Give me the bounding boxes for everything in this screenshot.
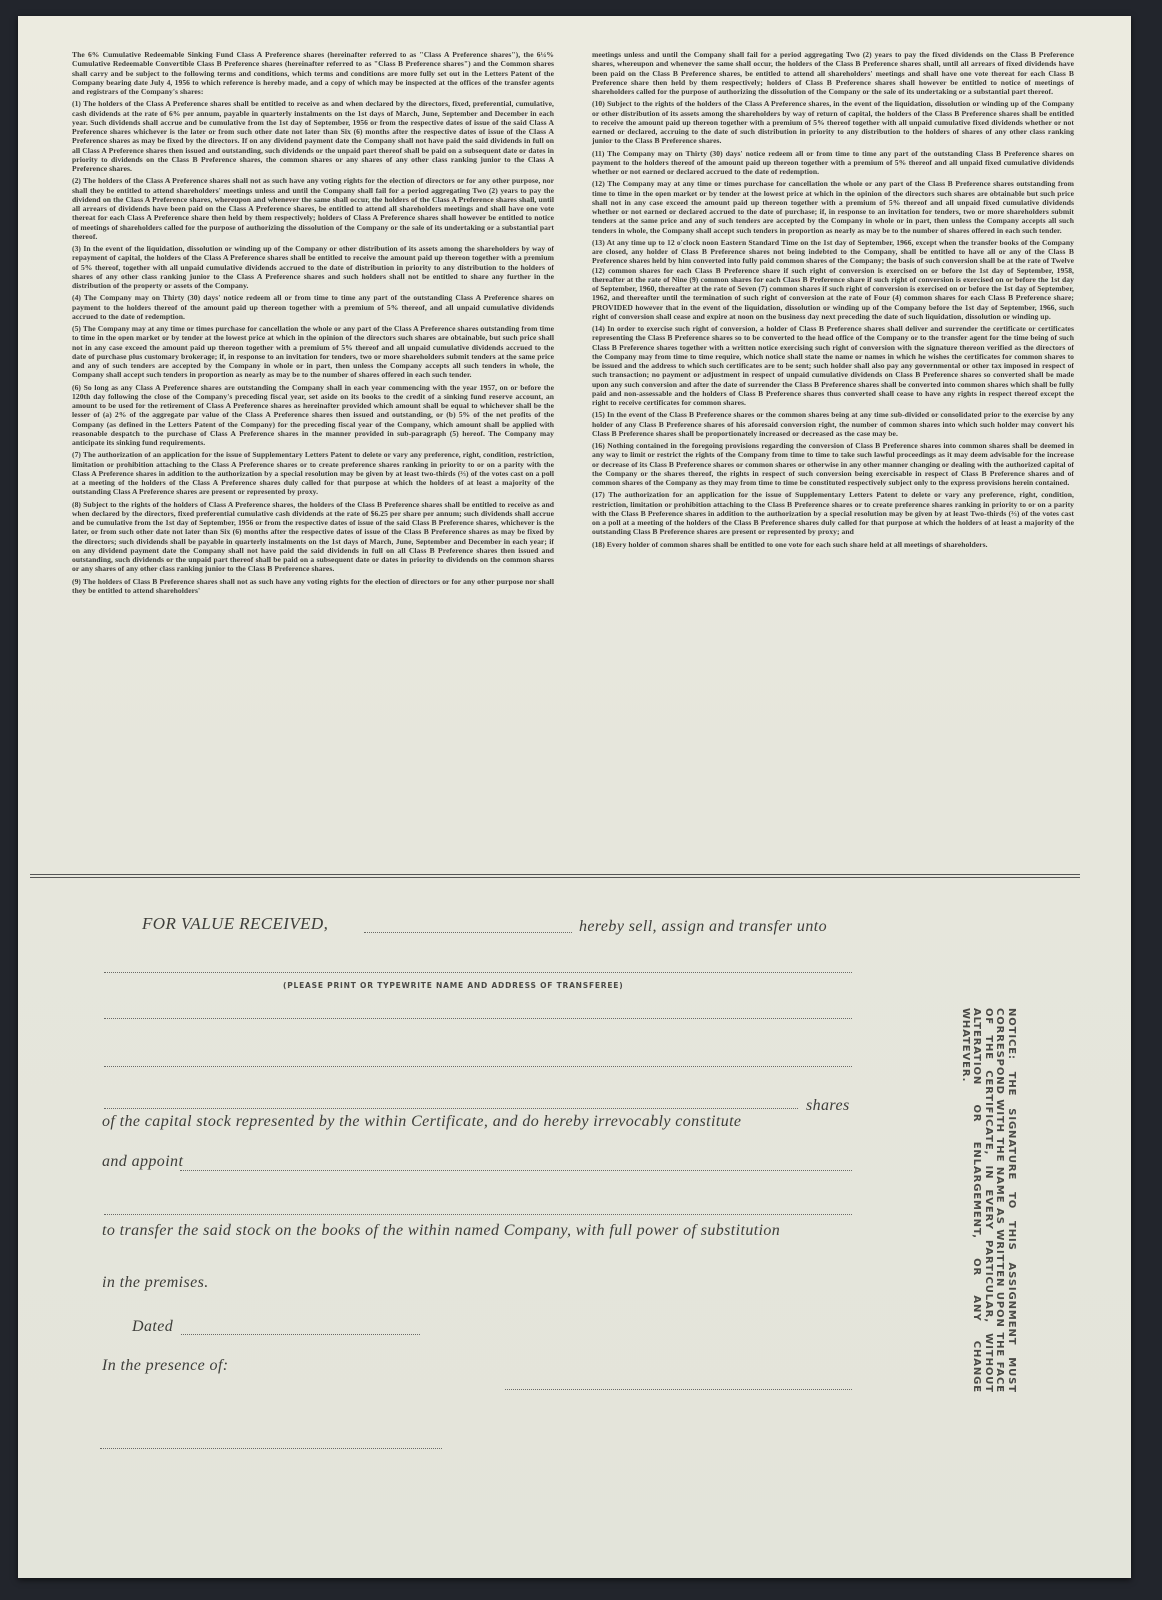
and-appoint-label: and appoint [102, 1153, 183, 1171]
transferee-address-field-2[interactable] [104, 1066, 852, 1067]
attorney-name-field-2[interactable] [104, 1214, 852, 1215]
dated-label: Dated [132, 1318, 173, 1336]
for-value-received-label: FOR VALUE RECEIVED, [142, 914, 328, 934]
premises-text: in the premises. [102, 1274, 209, 1292]
assignor-name-field[interactable] [364, 932, 572, 933]
shares-count-field[interactable] [104, 1108, 798, 1109]
date-field[interactable] [181, 1334, 420, 1335]
signature-notice: NOTICE: THE SIGNATURE TO THIS ASSIGNMENT… [960, 1008, 1018, 1393]
attorney-name-field[interactable] [180, 1170, 852, 1171]
shares-label: shares [806, 1097, 850, 1115]
transferee-address-field-1[interactable] [104, 1018, 852, 1019]
sell-assign-label: hereby sell, assign and transfer unto [579, 918, 827, 936]
presence-label: In the presence of: [102, 1357, 229, 1375]
capital-stock-text: of the capital stock represented by the … [102, 1113, 741, 1131]
transfer-stock-text: to transfer the said stock on the books … [102, 1222, 780, 1240]
signature-field[interactable] [505, 1389, 852, 1390]
transferee-caption: (PLEASE PRINT OR TYPEWRITE NAME AND ADDR… [283, 981, 623, 990]
witness-signature-field[interactable] [100, 1448, 442, 1449]
transferee-name-field[interactable] [104, 972, 852, 973]
